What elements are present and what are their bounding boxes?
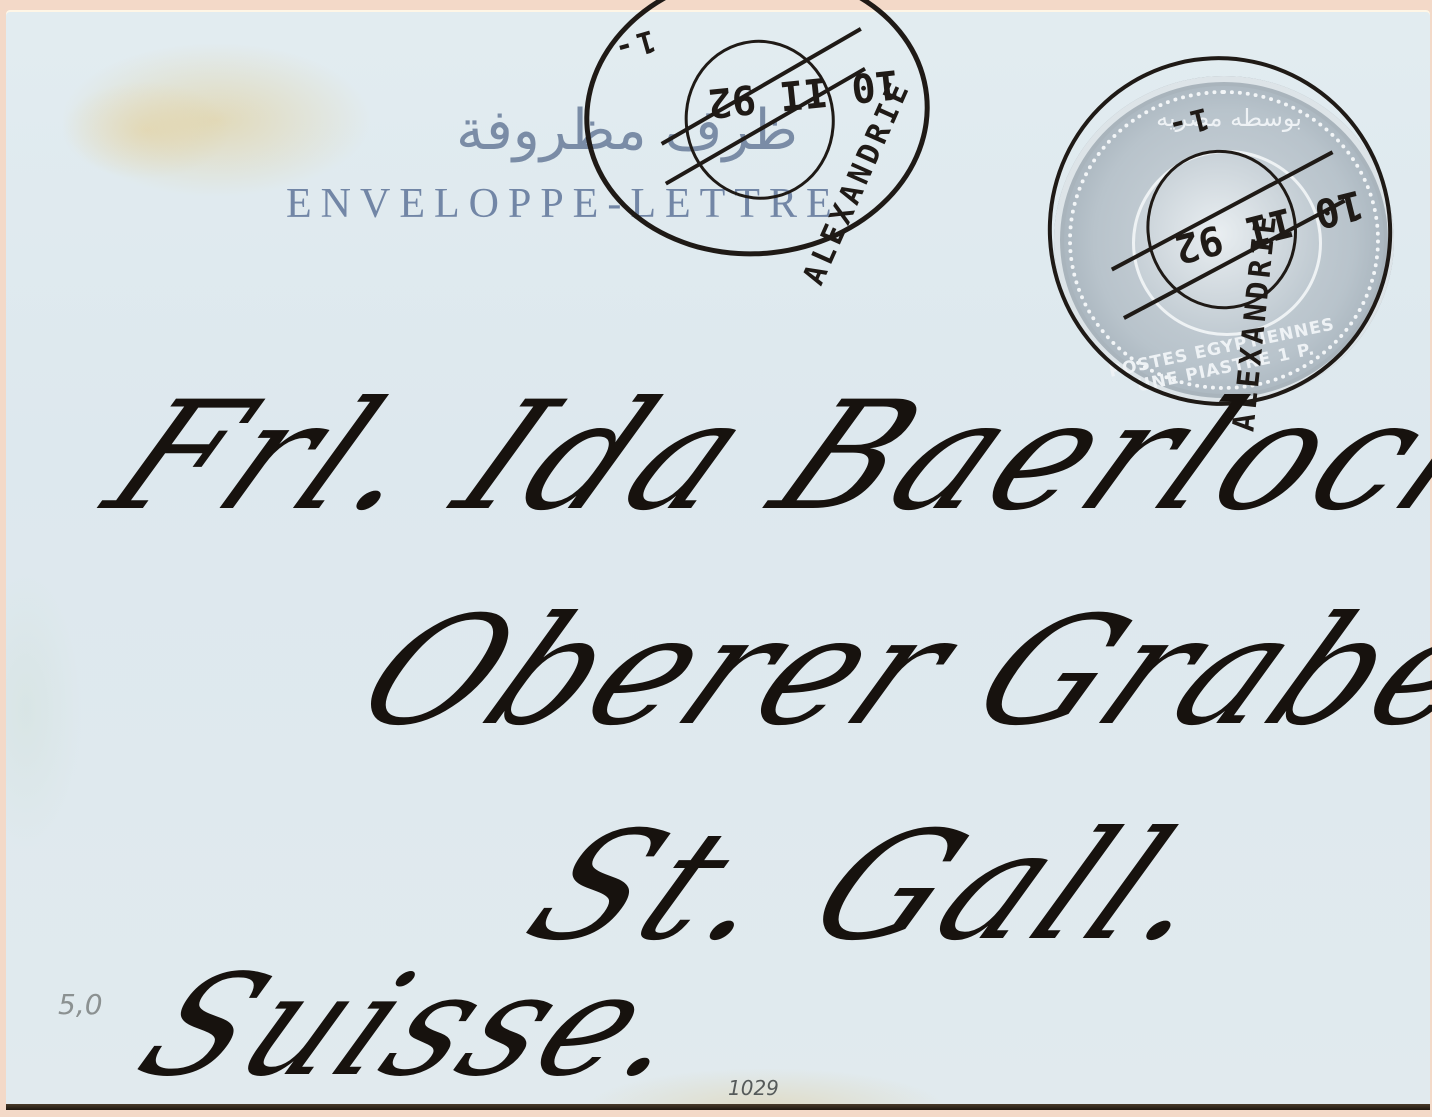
address-country: Suisse. [113,945,730,1108]
postmark-time: 1- [1161,100,1212,145]
envelope: ظرف مظروفة ENVELOPPE-LETTRE 10 II 92 ALE… [6,10,1430,1110]
address-recipient: Frl. Ida Baerlocher. [80,370,1432,544]
postmark-left: 10 II 92 ALEXANDRIE 1- [570,0,944,273]
pencil-note-price: 5,0 [58,988,103,1021]
postmark-time: 1- [607,22,659,68]
envelope-bottom-edge [6,1104,1430,1110]
address-street: Oberer Graben 37. [330,585,1432,759]
pencil-note-number: 1029 [728,1076,779,1100]
